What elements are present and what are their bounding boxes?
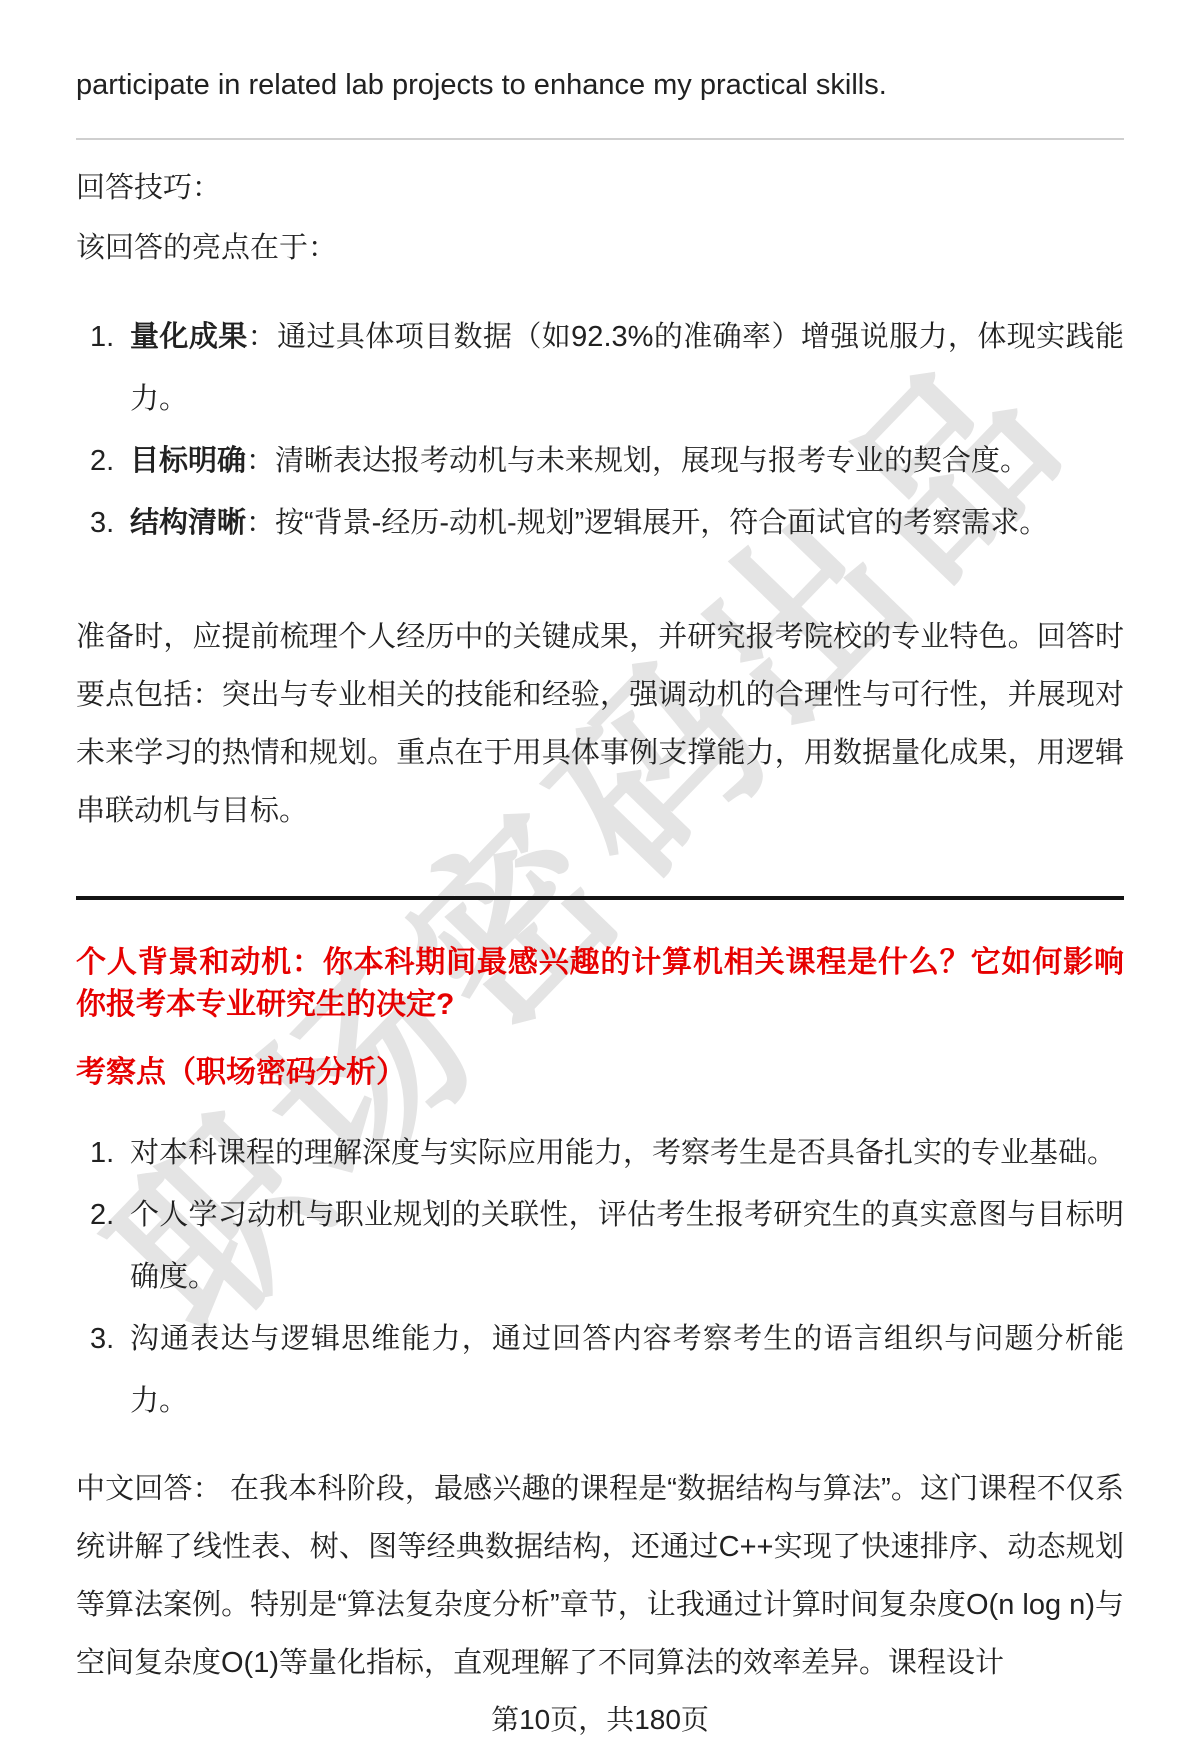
list-item-number: 1. (90, 306, 114, 368)
section-divider-dark (76, 896, 1124, 900)
list-item-text: 个人学习动机与职业规划的关联性，评估考生报考研究生的真实意图与目标明确度。 (130, 1199, 1124, 1293)
list-item: 1.对本科课程的理解深度与实际应用能力，考察考生是否具备扎实的专业基础。 (76, 1122, 1124, 1184)
tips-summary-paragraph: 准备时，应提前梳理个人经历中的关键成果，并研究报考院校的专业特色。回答时要点包括… (76, 608, 1124, 840)
list-item-number: 3. (90, 1308, 114, 1370)
list-item-number: 1. (90, 1122, 114, 1184)
english-sentence: participate in related lab projects to e… (76, 68, 1124, 102)
list-item: 2.目标明确：清晰表达报考动机与未来规划，展现与报考专业的契合度。 (76, 430, 1124, 492)
list-item-term: 结构清晰 (130, 507, 246, 539)
tips-label: 回答技巧： (76, 158, 1124, 218)
list-item-text: ：通过具体项目数据（如92.3%的准确率）增强说服力，体现实践能力。 (130, 321, 1124, 415)
tips-list: 1.量化成果：通过具体项目数据（如92.3%的准确率）增强说服力，体现实践能力。… (76, 306, 1124, 554)
assessment-points-list: 1.对本科课程的理解深度与实际应用能力，考察考生是否具备扎实的专业基础。 2.个… (76, 1122, 1124, 1432)
page-content: participate in related lab projects to e… (0, 0, 1200, 1740)
list-item-text: ：按“背景-经历-动机-规划”逻辑展开，符合面试官的考察需求。 (246, 507, 1048, 539)
list-item: 3.沟通表达与逻辑思维能力，通过回答内容考察考生的语言组织与问题分析能力。 (76, 1308, 1124, 1432)
section-divider-light (76, 138, 1124, 140)
list-item-term: 目标明确 (130, 445, 246, 477)
list-item-text: 对本科课程的理解深度与实际应用能力，考察考生是否具备扎实的专业基础。 (130, 1137, 1116, 1169)
page-number-footer: 第10页，共180页 (76, 1700, 1124, 1740)
list-item-number: 2. (90, 430, 114, 492)
assessment-points-label: 考察点（职场密码分析） (76, 1052, 1124, 1094)
list-item-term: 量化成果 (130, 321, 248, 353)
chinese-answer-paragraph: 中文回答： 在我本科阶段，最感兴趣的课程是“数据结构与算法”。这门课程不仅系统讲… (76, 1460, 1124, 1692)
document-page: 职场密码出品 participate in related lab projec… (0, 0, 1200, 1755)
list-item: 1.量化成果：通过具体项目数据（如92.3%的准确率）增强说服力，体现实践能力。 (76, 306, 1124, 430)
list-item-text: 沟通表达与逻辑思维能力，通过回答内容考察考生的语言组织与问题分析能力。 (130, 1323, 1124, 1417)
list-item-text: ：清晰表达报考动机与未来规划，展现与报考专业的契合度。 (246, 445, 1029, 477)
interview-question-heading: 个人背景和动机：你本科期间最感兴趣的计算机相关课程是什么？它如何影响你报考本专业… (76, 942, 1124, 1026)
list-item: 3.结构清晰：按“背景-经历-动机-规划”逻辑展开，符合面试官的考察需求。 (76, 492, 1124, 554)
list-item: 2.个人学习动机与职业规划的关联性，评估考生报考研究生的真实意图与目标明确度。 (76, 1184, 1124, 1308)
list-item-number: 3. (90, 492, 114, 554)
tips-subtitle: 该回答的亮点在于： (76, 218, 1124, 278)
list-item-number: 2. (90, 1184, 114, 1246)
